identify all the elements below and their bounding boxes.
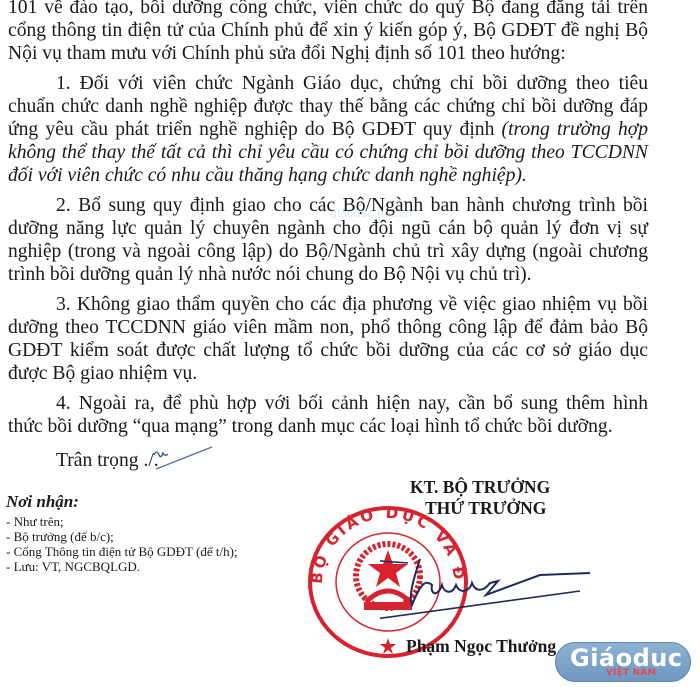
document-page: giaoduc.net.vn 101 về đào tạo, bồi dưỡng… — [0, 0, 700, 687]
item-1-italic-line: đối với viên chức có nhu cầu thăng hạng … — [8, 164, 648, 187]
closing-text: Trân trọng ./. — [56, 450, 159, 472]
recipient-item: - Như trên; — [6, 514, 64, 529]
item-3-line: GDĐT kiểm soát được chất lượng tổ chức b… — [8, 339, 648, 362]
giaoduc-logo: Giáoduc VIỆT NAM — [555, 642, 691, 682]
item-2-line: 2. Bổ sung quy định giao cho các Bộ/Ngàn… — [56, 194, 648, 217]
signature-title: KT. BỘ TRƯỞNG — [410, 477, 550, 498]
recipients-title: Nơi nhận: — [6, 492, 79, 512]
item-2-line: trình bồi dưỡng quản lý nhà nước nói chu… — [8, 263, 648, 286]
initial-signature-icon — [150, 445, 220, 475]
item-3-line: 3. Không giao thẩm quyền cho các địa phư… — [56, 293, 648, 316]
item-2-line: dưỡng năng lực quản lý chuyên ngành cho … — [8, 217, 648, 240]
intro-line: Nội vụ tham mưu với Chính phủ sửa đổi Ng… — [8, 42, 648, 65]
item-3-line: dưỡng theo TCCDNN giáo viên mầm non, phổ… — [8, 316, 648, 339]
item-1-italic-line: không thể thay thế tất cả thì chỉ yêu cầ… — [8, 141, 648, 164]
logo-sub-text: VIỆT NAM — [606, 668, 656, 678]
recipient-item: - Cổng Thông tin điện tử Bộ GDĐT (để t/h… — [6, 544, 238, 559]
item-3-line: được Bộ giao nhiệm vụ. — [8, 362, 648, 385]
item-1-line: ứng yêu cầu phát triển nghề nghiệp do Bộ… — [8, 118, 648, 141]
recipient-item: - Lưu: VT, NGCBQLGD. — [6, 559, 140, 574]
handwritten-signature-icon — [380, 555, 700, 635]
item-1-plain: ứng yêu cầu phát triển nghề nghiệp do Bộ… — [8, 119, 502, 140]
item-1-line: 1. Đối với viên chức Ngành Giáo dục, chứ… — [56, 72, 648, 95]
item-1-line: chuẩn chức danh nghề nghiệp được thay th… — [8, 95, 648, 118]
item-4-line: thức bồi dưỡng “qua mạng” trong danh mục… — [8, 415, 648, 438]
intro-line: cổng thông tin điện tử của Chính phủ để … — [8, 19, 648, 42]
item-4-line: 4. Ngoài ra, để phù hợp với bối cảnh hiệ… — [56, 392, 648, 415]
item-1-italic: (trong trường hợp — [502, 119, 648, 140]
intro-line: 101 về đào tạo, bồi dưỡng công chức, viê… — [8, 0, 648, 19]
signer-name: Phạm Ngọc Thưởng — [406, 636, 556, 657]
recipient-item: - Bộ trưởng (để b/c); — [6, 529, 114, 544]
item-2-line: nghiệp (trong và ngoài công lập) do Bộ/N… — [8, 240, 648, 263]
